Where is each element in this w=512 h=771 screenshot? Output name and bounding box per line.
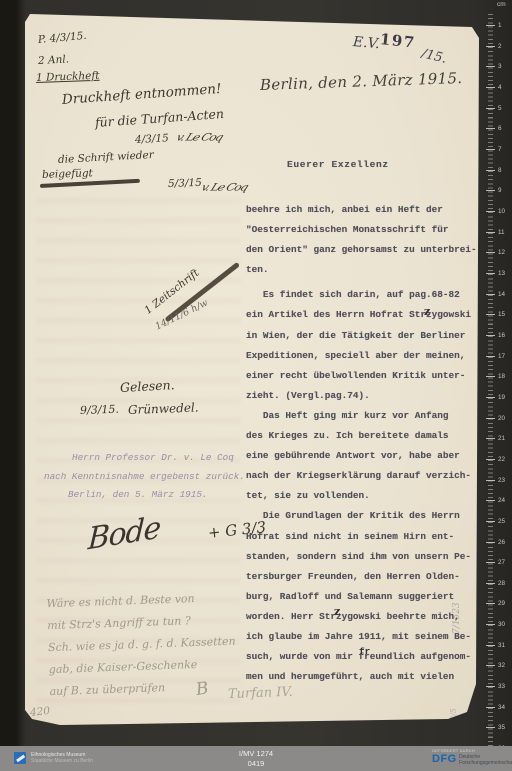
- ruler-number: 10: [498, 208, 512, 215]
- ruler-major-tick: [486, 542, 495, 543]
- text-line: den Orient" ganz gehorsamst zu unterbrei…: [246, 240, 491, 260]
- ruler-number: 3: [498, 63, 512, 70]
- text-line: "Oesterreichischen Monatsschrift für: [246, 220, 491, 240]
- ruler-major-tick: [486, 480, 495, 481]
- note-schrift-2: beigefügt: [42, 167, 93, 181]
- text-line: nach der Kriegserklärung darauf verzich-: [246, 466, 491, 486]
- ruler-number: 7: [498, 146, 512, 153]
- ruler-number: 30: [498, 621, 512, 628]
- signature-scribble: v. Le Coq: [175, 131, 225, 143]
- ruler-number: 21: [498, 435, 512, 442]
- violet-note-line2: nach Kenntnisnahme ergebenst zurück.: [44, 471, 245, 482]
- text-line: beehre ich mich, anbei ein Heft der: [246, 200, 491, 220]
- ruler-major-tick: [486, 252, 495, 253]
- ruler-major-tick: [486, 314, 495, 315]
- text-line: Expeditionen, speciell aber der meinen,: [246, 346, 491, 366]
- note-gelesen: Gelesen.: [120, 377, 175, 395]
- ruler-major-tick: [486, 521, 495, 522]
- cm-ruler: cm 1234567891011121314151617181920212223…: [486, 0, 512, 771]
- ruler-number: 8: [498, 167, 512, 174]
- ruler-number: 20: [498, 415, 512, 422]
- note-heft-removed: Druckheft entnommen!: [61, 81, 221, 108]
- text-line: burg, Radloff und Salemann suggeriert: [246, 587, 491, 607]
- ruler-major-tick: [486, 603, 495, 604]
- ruler-major-tick: [486, 686, 495, 687]
- ruler-major-tick: [486, 232, 495, 233]
- text-line: men und herumgeführt, auch mit vielen: [246, 667, 491, 687]
- text-line: Die Grundlagen der Kritik des Herrn: [246, 506, 491, 526]
- note-enclosures: 2 Anl.: [38, 53, 70, 67]
- note-gelesen-date: 9/3/15.: [80, 403, 119, 417]
- text-line: zieht. (Vergl.pag.74).: [246, 386, 491, 406]
- paragraph-4: Die Grundlagen der Kritik des HerrnHofra…: [246, 506, 491, 687]
- ruler-number: 6: [498, 125, 512, 132]
- ruler-number: 31: [498, 642, 512, 649]
- ruler-major-tick: [486, 665, 495, 666]
- letter-page: E.V. 197 /15. Berlin, den 2. März 1915. …: [24, 12, 480, 725]
- signature-scribble: v. Le Coq: [200, 181, 250, 193]
- text-line: tet, sie zu vollenden.: [246, 486, 491, 506]
- ruler-major-tick: [486, 25, 495, 26]
- violet-note-line1: Herrn Professor Dr. v. Le Coq: [72, 452, 234, 463]
- ruler-major-tick: [486, 273, 495, 274]
- lecoq-signature-1: v. Le Coq: [177, 130, 222, 144]
- text-line: in Wien, der die Tätigkeit der Berliner: [246, 326, 491, 346]
- paragraph-3: Das Heft ging mir kurz vor Anfangdes Kri…: [246, 406, 491, 506]
- typed-letter-body: beehre ich mich, anbei ein Heft der"Oest…: [246, 200, 491, 687]
- text-line: ten.: [246, 260, 491, 280]
- note-turfan-iv: Turfan IV.: [228, 685, 293, 702]
- note-received-date: P. 4/3/15.: [37, 30, 87, 46]
- text-line: eine gebührende Antwort vor, habe aber: [246, 446, 491, 466]
- pencil-note-lines: Wäre es nicht d. Beste vonmit Strz's Ang…: [46, 587, 237, 703]
- ruler-major-tick: [486, 500, 495, 501]
- dfg-logo: DFG: [432, 754, 457, 765]
- archive-footer-bar: Ethnologisches Museum Staatliche Museen …: [0, 746, 512, 771]
- text-line: standen, sondern sind ihm von unsern Pe-: [246, 547, 491, 567]
- pencil-paraph: B: [195, 678, 210, 700]
- ruler-number: 24: [498, 497, 512, 504]
- ruler-number: 14: [498, 291, 512, 298]
- ruler-major-tick: [486, 583, 495, 584]
- ruler-major-tick: [486, 190, 495, 191]
- ruler-major-tick: [486, 108, 495, 109]
- z-correction-1: z: [424, 305, 430, 318]
- ruler-major-tick: [486, 294, 495, 295]
- ruler-major-tick: [486, 66, 495, 67]
- paragraph-1: beehre ich mich, anbei ein Heft der"Oest…: [246, 200, 491, 280]
- registry-mark-stamp: 197: [379, 30, 416, 52]
- ruler-number: 5: [498, 105, 512, 112]
- ruler-number: 22: [498, 456, 512, 463]
- lecoq-signature-2: v. Le Coq: [202, 180, 247, 194]
- ruler-number: 4: [498, 84, 512, 91]
- note-druckheft: 1 Druckheft: [36, 70, 100, 84]
- ruler-major-tick: [486, 356, 495, 357]
- ruler-major-tick: [486, 149, 495, 150]
- ruler-number: 28: [498, 580, 512, 587]
- text-line: tersburger Freunden, den Herren Olden-: [246, 567, 491, 587]
- ruler-number: 11: [498, 229, 512, 236]
- margin-vertical-mark-2: 3/5: [449, 708, 458, 721]
- text-line: ich glaube im Jahre 1911, mit seinem Be-: [246, 627, 491, 647]
- fr-correction: fr: [359, 646, 370, 657]
- ruler-major-tick: [486, 645, 495, 646]
- ruler-number: 2: [498, 43, 512, 50]
- ruler-number: 33: [498, 683, 512, 690]
- ruler-major-tick: [486, 87, 495, 88]
- ruler-number: 9: [498, 187, 512, 194]
- ruler-number: 17: [498, 353, 512, 360]
- ruler-unit-label: cm: [497, 1, 506, 8]
- ruler-major-tick: [486, 562, 495, 563]
- ruler-number: 13: [498, 270, 512, 277]
- ruler-major-tick: [486, 459, 495, 460]
- ruler-major-tick: [486, 170, 495, 171]
- note-date-1: 4/3/15: [135, 132, 169, 146]
- text-line: Das Heft ging mir kurz vor Anfang: [246, 406, 491, 426]
- ruler-major-tick: [486, 418, 495, 419]
- ruler-number: 15: [498, 311, 512, 318]
- ruler-number: 1: [498, 22, 512, 29]
- text-line: ein Artikel des Herrn Hofrat Strzygowski: [246, 305, 491, 325]
- ruler-major-tick: [486, 707, 495, 708]
- ruler-number: 34: [498, 704, 512, 711]
- text-line: Es findet sich darin, auf pag.68-82: [246, 285, 491, 305]
- violet-note-line3: Berlin, den 5. März 1915.: [68, 489, 207, 500]
- ruler-number: 23: [498, 477, 512, 484]
- text-line: worden. Herr Strzygowski beehrte mich,: [246, 607, 491, 627]
- ruler-number: 26: [498, 539, 512, 546]
- ruler-major-tick: [486, 335, 495, 336]
- ruler-number: 29: [498, 600, 512, 607]
- ruler-major-tick: [486, 376, 495, 377]
- ruler-number: 27: [498, 559, 512, 566]
- ruler-major-tick: [486, 211, 495, 212]
- ruler-number: 12: [498, 249, 512, 256]
- note-schrift-1: die Schrift wieder: [58, 149, 154, 166]
- z-correction-2: z: [334, 605, 340, 618]
- note-date-2: 5/3/15: [168, 177, 202, 190]
- dateline-handwritten: Berlin, den 2. März 1915.: [260, 69, 463, 94]
- ruler-major-tick: [486, 727, 495, 728]
- ruler-number: 16: [498, 332, 512, 339]
- ruler-major-tick: [486, 46, 495, 47]
- text-line: des Krieges zu. Ich bereitete damals: [246, 426, 491, 446]
- ruler-number: 32: [498, 662, 512, 669]
- salutation: Euerer Exzellenz: [287, 159, 389, 170]
- dfg-name-line2: Forschungsgemeinschaft: [459, 761, 512, 767]
- registry-mark-suffix: /15.: [420, 46, 448, 67]
- text-line: Hofrat sind nicht in seinem Hirn ent-: [246, 527, 491, 547]
- document-scan-viewer: E.V. 197 /15. Berlin, den 2. März 1915. …: [0, 0, 512, 771]
- ruler-major-tick: [486, 128, 495, 129]
- ruler-number: 35: [498, 724, 512, 731]
- ruler-number: 18: [498, 373, 512, 380]
- text-line: einer recht übelwollenden Kritik unter-: [246, 366, 491, 386]
- ruler-minor-ticks: [488, 14, 493, 750]
- paragraph-2: Es findet sich darin, auf pag.68-82ein A…: [246, 285, 491, 406]
- ruler-major-tick: [486, 397, 495, 398]
- ruler-major-tick: [486, 438, 495, 439]
- registry-mark-script: E.V.: [352, 34, 380, 52]
- ruler-number: 19: [498, 394, 512, 401]
- ruler-major-tick: [486, 624, 495, 625]
- gruenwedel-signature: Grünwedel.: [128, 401, 199, 417]
- ruler-number: 25: [498, 518, 512, 525]
- dfg-name: Deutsche Forschungsgemeinschaft: [459, 755, 512, 766]
- note-turfan-acten: für die Turfan-Acten: [94, 106, 224, 130]
- corner-number: 420: [29, 705, 50, 719]
